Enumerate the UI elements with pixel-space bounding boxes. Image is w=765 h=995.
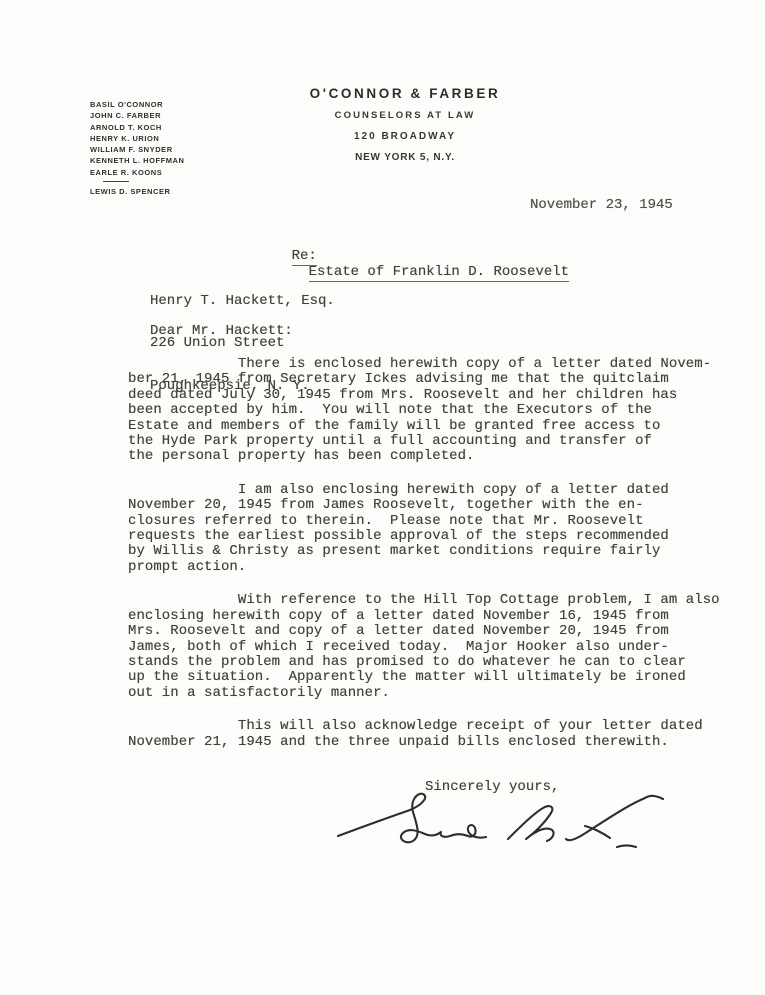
firm-street: 120 BROADWAY	[255, 131, 555, 142]
attorney-name: HENRY K. URION	[90, 133, 184, 144]
recipient-name: Henry T. Hackett, Esq.	[150, 294, 335, 308]
letter-date: November 23, 1945	[530, 197, 673, 213]
letterhead-firm-block: O'CONNOR & FARBER COUNSELORS AT LAW 120 …	[255, 86, 555, 163]
body-paragraph: With reference to the Hill Top Cottage p…	[128, 593, 718, 701]
attorney-name: KENNETH L. HOFFMAN	[90, 155, 184, 166]
salutation: Dear Mr. Hackett:	[150, 323, 293, 339]
letter-body: There is enclosed herewith copy of a let…	[128, 357, 718, 768]
body-paragraph: This will also acknowledge receipt of yo…	[128, 719, 718, 750]
firm-city: NEW YORK 5, N.Y.	[255, 152, 555, 163]
attorney-name: WILLIAM F. SNYDER	[90, 144, 184, 155]
attorney-name: ARNOLD T. KOCH	[90, 122, 184, 133]
attorney-name: LEWIS D. SPENCER	[90, 186, 184, 197]
letterhead-divider	[103, 181, 129, 182]
attorney-name: BASIL O'CONNOR	[90, 99, 184, 110]
handwritten-signature	[332, 792, 667, 867]
letterhead-attorney-list: BASIL O'CONNOR JOHN C. FARBER ARNOLD T. …	[90, 99, 184, 197]
attorney-name: EARLE R. KOONS	[90, 167, 184, 178]
attorney-name: JOHN C. FARBER	[90, 110, 184, 121]
body-paragraph: I am also enclosing herewith copy of a l…	[128, 483, 718, 575]
body-paragraph: There is enclosed herewith copy of a let…	[128, 357, 718, 465]
firm-name: O'CONNOR & FARBER	[255, 86, 555, 101]
firm-subtitle: COUNSELORS AT LAW	[255, 110, 555, 121]
letter-page: BASIL O'CONNOR JOHN C. FARBER ARNOLD T. …	[0, 0, 765, 995]
re-subject: Estate of Franklin D. Roosevelt	[309, 264, 569, 282]
